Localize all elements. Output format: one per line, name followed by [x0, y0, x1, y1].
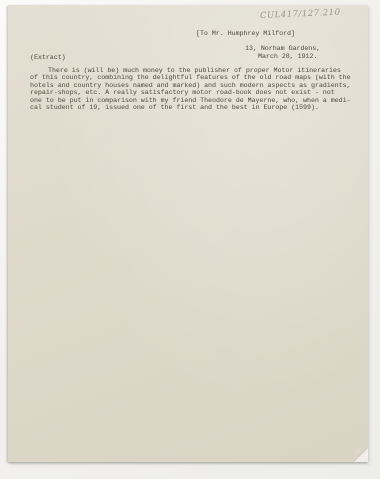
scan-background: CUL417/127.210 [To Mr. Humphrey Milford]… — [0, 0, 380, 479]
letter-body: There is (will be) much money to the pub… — [30, 67, 362, 112]
date-line: March 28, 1912. — [245, 53, 320, 61]
address-block: 13, Norham Gardens, March 28, 1912. — [245, 45, 320, 60]
letter-page: CUL417/127.210 [To Mr. Humphrey Milford]… — [8, 5, 368, 462]
address-line: 13, Norham Gardens, — [245, 45, 320, 53]
body-line: There is (will be) much money to the pub… — [30, 67, 362, 75]
body-line: one to be put in comparison with my frie… — [30, 97, 362, 105]
handwritten-reference-number: CUL417/127.210 — [260, 7, 355, 21]
extract-label: (Extract) — [30, 54, 66, 62]
body-line: hotels and country houses named and mark… — [30, 82, 362, 90]
body-line: of this country, combining the delightfu… — [30, 74, 362, 82]
body-line: cal student of 19, issued one of the fir… — [30, 104, 362, 112]
paper-corner-fold — [354, 448, 368, 462]
body-line: repair-shops, etc. A really satisfactory… — [30, 89, 362, 97]
recipient-line: [To Mr. Humphrey Milford] — [196, 30, 295, 38]
